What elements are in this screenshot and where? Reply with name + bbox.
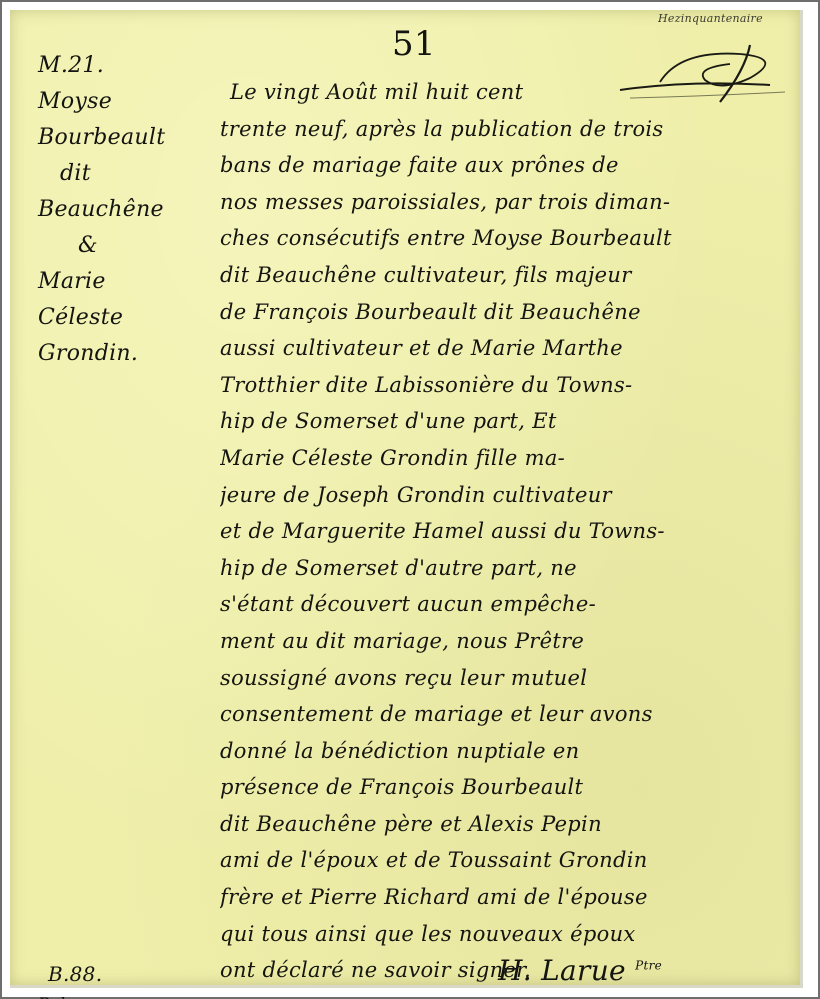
- priest-signature: H. Larue Ptre: [498, 954, 662, 987]
- page-number: 51: [392, 24, 436, 64]
- signature-name: H. Larue: [498, 954, 626, 987]
- body-line: Le vingt Août mil huit cent: [220, 74, 800, 111]
- body-line: jeure de Joseph Grondin cultivateur: [220, 477, 800, 514]
- margin-ampersand: &: [38, 228, 208, 264]
- body-line: s'étant découvert aucun empêche-: [220, 586, 800, 623]
- body-line: dit Beauchêne cultivateur, fils majeur: [220, 257, 800, 294]
- body-line: donné la bénédiction nuptiale en: [220, 733, 800, 770]
- body-line: ches consécutifs entre Moyse Bourbeault: [220, 220, 800, 257]
- next-record-id: B.88.: [48, 962, 102, 986]
- body-line: ment au dit mariage, nous Prêtre: [220, 623, 800, 660]
- body-line: frère et Pierre Richard ami de l'épouse: [220, 879, 800, 916]
- body-line: de François Bourbeault dit Beauchêne: [220, 294, 800, 331]
- body-line: trente neuf, après la publication de tro…: [220, 111, 800, 148]
- margin-groom-surname: Bourbeault: [38, 120, 208, 156]
- body-line: Trotthier dite Labissonière du Towns-: [220, 367, 800, 404]
- margin-bride-middlename: Céleste: [38, 300, 208, 336]
- margin-dit: dit: [38, 156, 208, 192]
- top-annotation: Hezinquantenaire: [658, 12, 763, 25]
- body-line: aussi cultivateur et de Marie Marthe: [220, 330, 800, 367]
- margin-column: M.21. Moyse Bourbeault dit Beauchêne & M…: [38, 48, 208, 372]
- margin-groom-alias: Beauchêne: [38, 192, 208, 228]
- register-page: Hezinquantenaire 51 M.21. Moyse Bourbeau…: [10, 10, 803, 988]
- next-record-partial: Bal: [38, 994, 65, 999]
- body-line: soussigné avons reçu leur mutuel: [220, 660, 800, 697]
- body-line: qui tous ainsi que les nouveaux époux: [220, 916, 800, 953]
- body-line: nos messes paroissiales, par trois diman…: [220, 184, 800, 221]
- body-line: dit Beauchêne père et Alexis Pepin: [220, 806, 800, 843]
- body-line: et de Marguerite Hamel aussi du Towns-: [220, 513, 800, 550]
- margin-bride-surname: Grondin.: [38, 336, 208, 372]
- margin-bride-firstname: Marie: [38, 264, 208, 300]
- body-line: bans de mariage faite aux prônes de: [220, 147, 800, 184]
- body-line: présence de François Bourbeault: [220, 769, 800, 806]
- record-body: Le vingt Août mil huit cent trente neuf,…: [220, 74, 800, 989]
- body-line: Marie Céleste Grondin fille ma-: [220, 440, 800, 477]
- margin-groom-firstname: Moyse: [38, 84, 208, 120]
- body-line: hip de Somerset d'une part, Et: [220, 403, 800, 440]
- signature-title: Ptre: [635, 959, 662, 973]
- body-line: ami de l'époux et de Toussaint Grondin: [220, 842, 800, 879]
- record-id: M.21.: [38, 48, 208, 84]
- body-line: consentement de mariage et leur avons: [220, 696, 800, 733]
- body-line: hip de Somerset d'autre part, ne: [220, 550, 800, 587]
